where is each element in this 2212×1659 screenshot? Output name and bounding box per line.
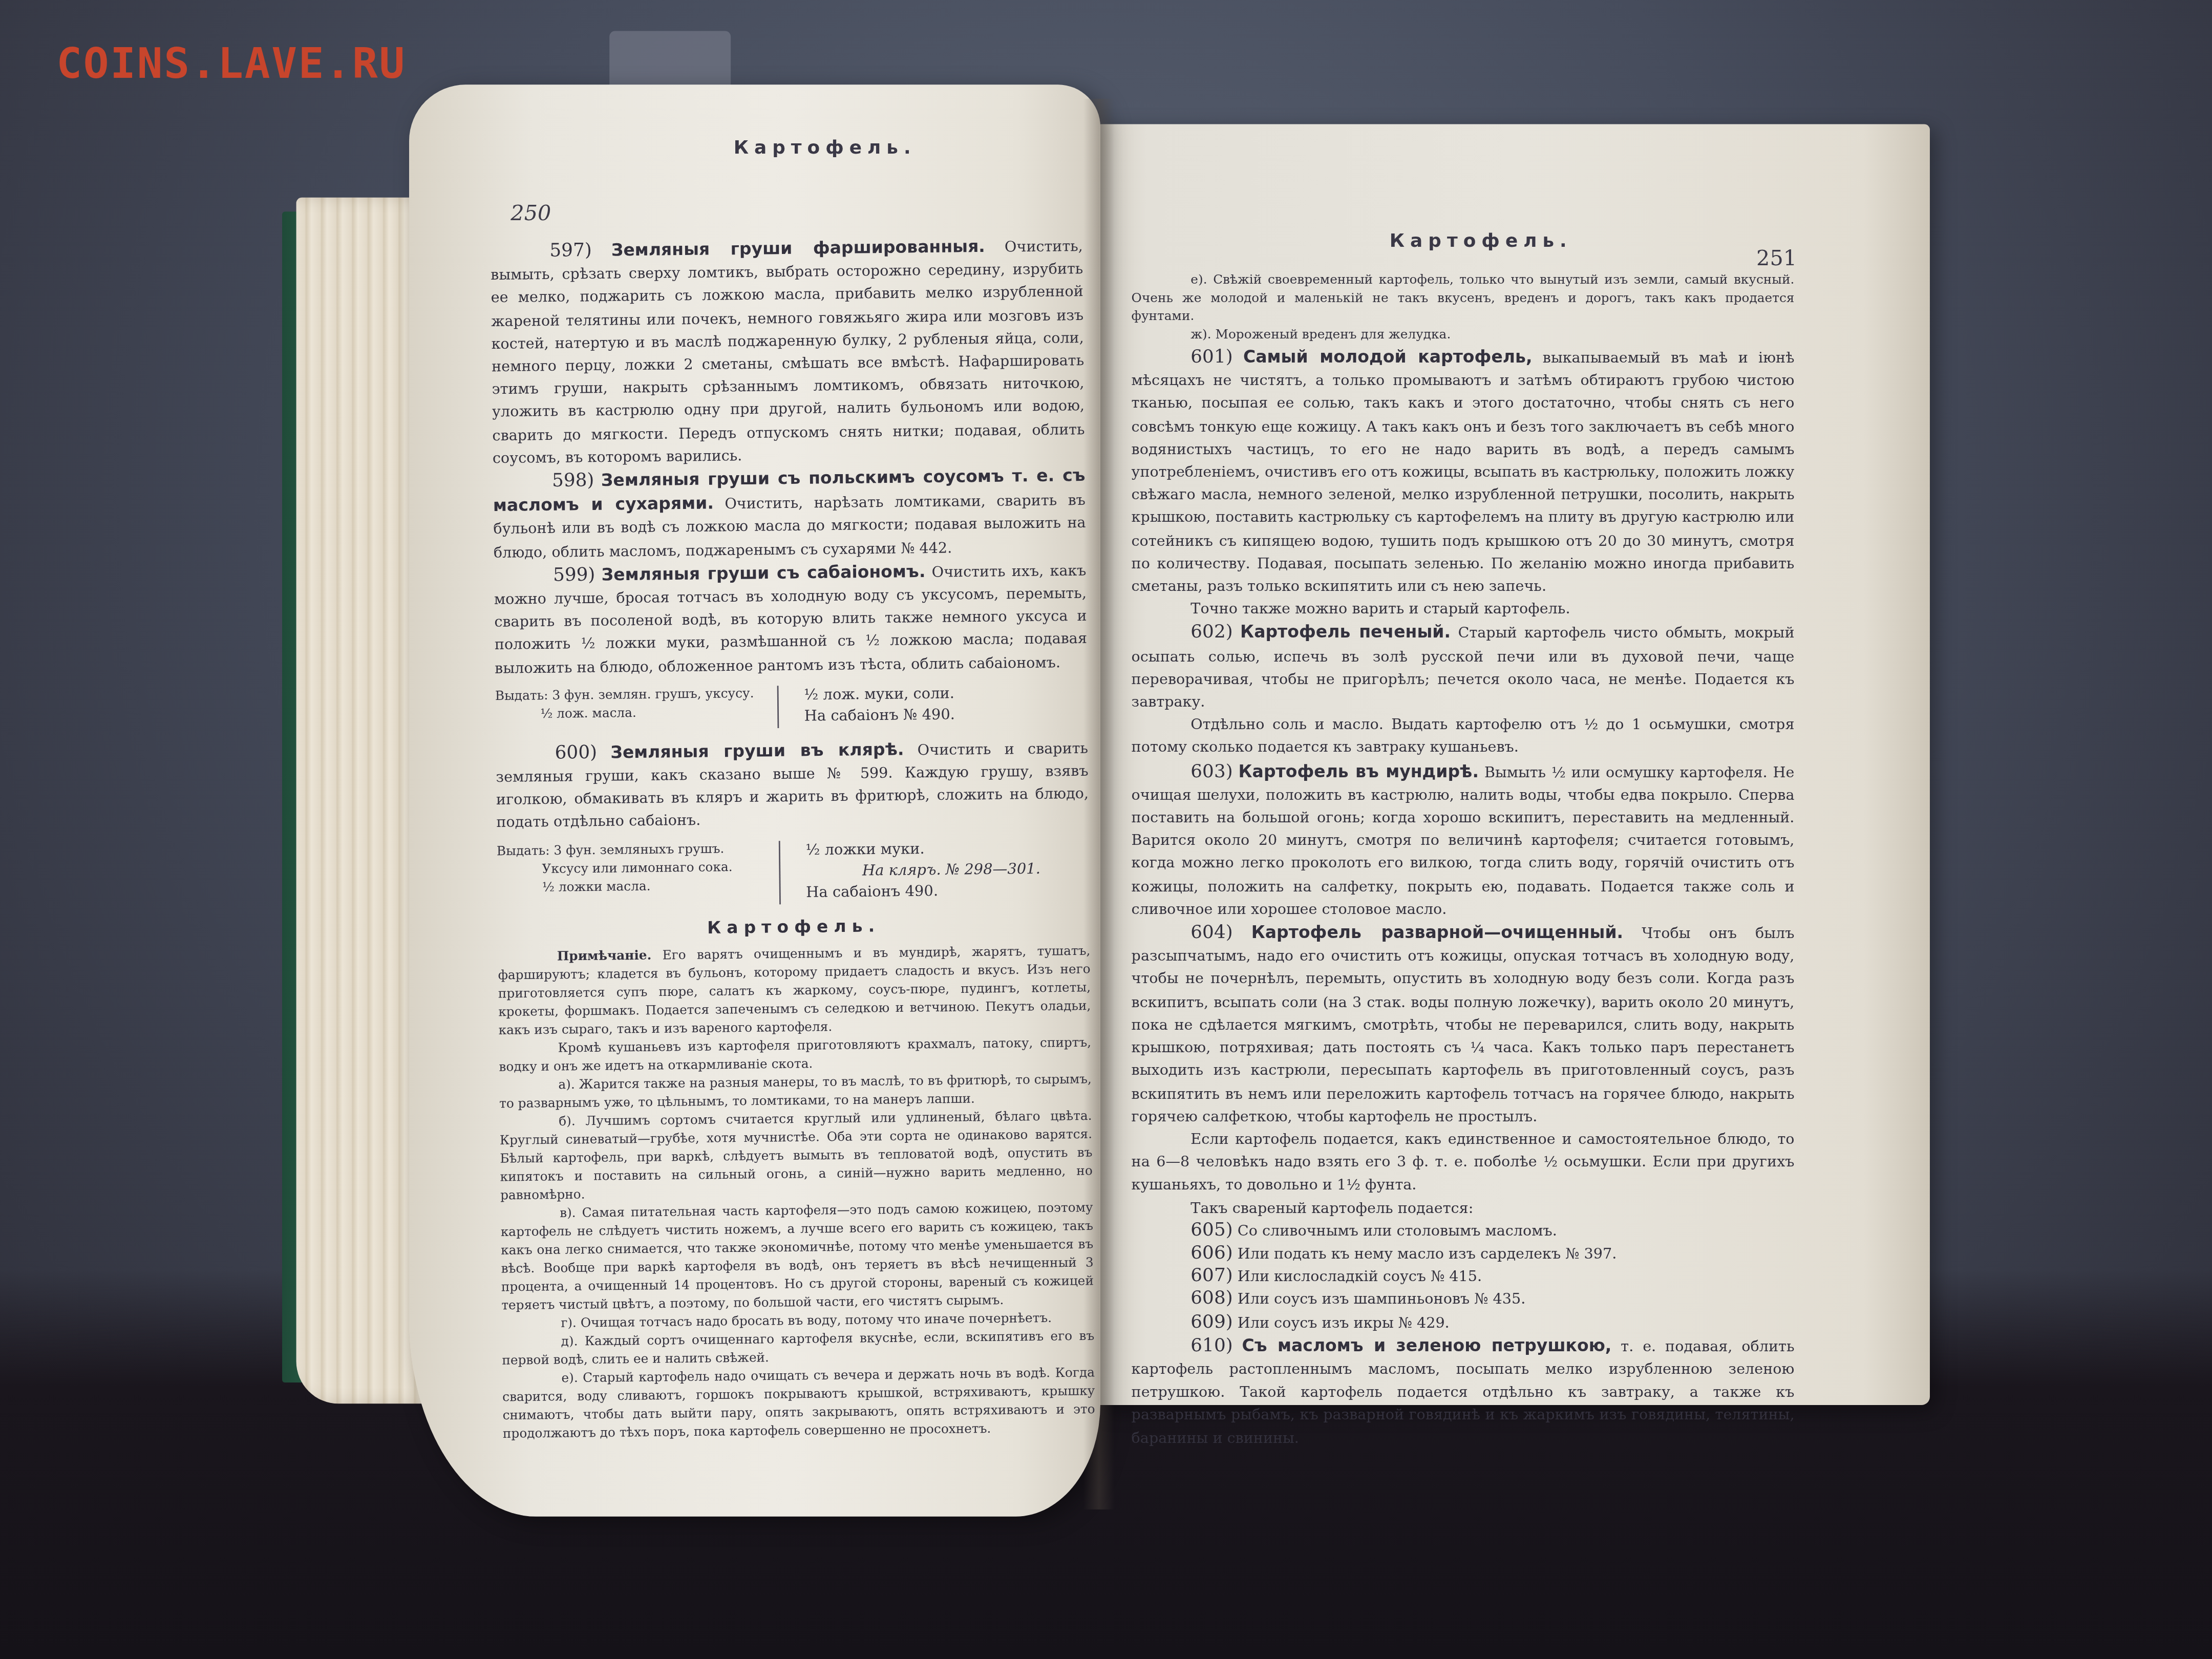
left-running-head: Картофель. [734,138,917,159]
paragraph: б). Лучшимъ сортомъ считается круглый ил… [499,1109,1093,1206]
ingredients-600: Выдать: 3 фун. земляныхъ грушъ. Уксусу и… [497,837,1090,907]
recipe-601: 601) Самый молодой картофель, выкапываем… [1132,346,1795,599]
paragraph: Точно также можно варить и старый картоф… [1132,599,1795,622]
paragraph: а). Жарится также на разныя манеры, то в… [499,1072,1092,1115]
serve-intro: Такъ свареный картофель подается: [1132,1197,1795,1220]
serve-item-606: 606) Или подать къ нему масло изъ сардел… [1132,1243,1795,1266]
left-page-number: 250 [511,200,551,226]
right-page-number: 251 [1756,245,1797,271]
right-running-head: Картофель. [1390,231,1572,252]
recipe-600: 600) Земляныя груши въ клярѣ. Очистить и… [496,736,1089,835]
recipe-599: 599) Земляныя груши съ сабаіономъ. Очист… [494,558,1087,680]
recipe-603: 603) Картофель въ мундирѣ. Вымыть ½ или … [1132,760,1795,921]
paragraph: е). Свѣжій своевременный картофель, толь… [1132,272,1795,327]
note-paragraph: Примѣчаніе. Его варятъ очищеннымъ и въ м… [498,943,1091,1041]
paragraph: Кромѣ кушаньевъ изъ картофеля приготовля… [499,1035,1092,1078]
paragraph: Если картофель подается, какъ единственн… [1132,1129,1795,1197]
serve-item-607: 607) Или кислосладкій соусъ № 415. [1132,1266,1795,1289]
left-page-text: 597) Земляныя груши фаршированныя. Очист… [491,234,1096,1444]
recipe-602: 602) Картофель печеный. Старый картофель… [1132,621,1795,714]
watermark: COINS.LAVE.RU [56,39,406,89]
serve-item-605: 605) Со сливочнымъ или столовымъ масломъ… [1132,1220,1795,1243]
paragraph: е). Старый картофель надо очищать съ веч… [502,1365,1096,1444]
right-page-text: е). Свѣжій своевременный картофель, толь… [1132,272,1795,1450]
paragraph: д). Каждый сортъ очищеннаго картофеля вк… [502,1328,1095,1371]
recipe-610: 610) Съ масломъ и зеленою петрушкою, т. … [1132,1334,1795,1450]
recipe-597: 597) Земляныя груши фаршированныя. Очист… [491,234,1086,470]
recipe-604: 604) Картофель разварной—очищенный. Чтоб… [1132,921,1795,1129]
paragraph: ж). Мороженый вреденъ для желудка. [1132,327,1795,346]
section-title-potato: Картофель. [497,912,1090,941]
serve-item-609: 609) Или соусъ изъ икры № 429. [1132,1311,1795,1334]
paragraph: Отдѣльно соль и масло. Выдать картофелю … [1132,714,1795,760]
paragraph: в). Самая питательная часть картофеля—эт… [500,1200,1094,1316]
ingredients-599: Выдать: 3 фун. землян. грушъ, уксусу. ½ … [495,683,1088,731]
recipe-598: 598) Земляныя груши съ польскимъ соусомъ… [493,464,1086,564]
photo-stage: COINS.LAVE.RU Картофель. 250 597) Землян… [0,0,2212,1659]
serve-item-608: 608) Или соусъ изъ шампиньоновъ № 435. [1132,1288,1795,1311]
